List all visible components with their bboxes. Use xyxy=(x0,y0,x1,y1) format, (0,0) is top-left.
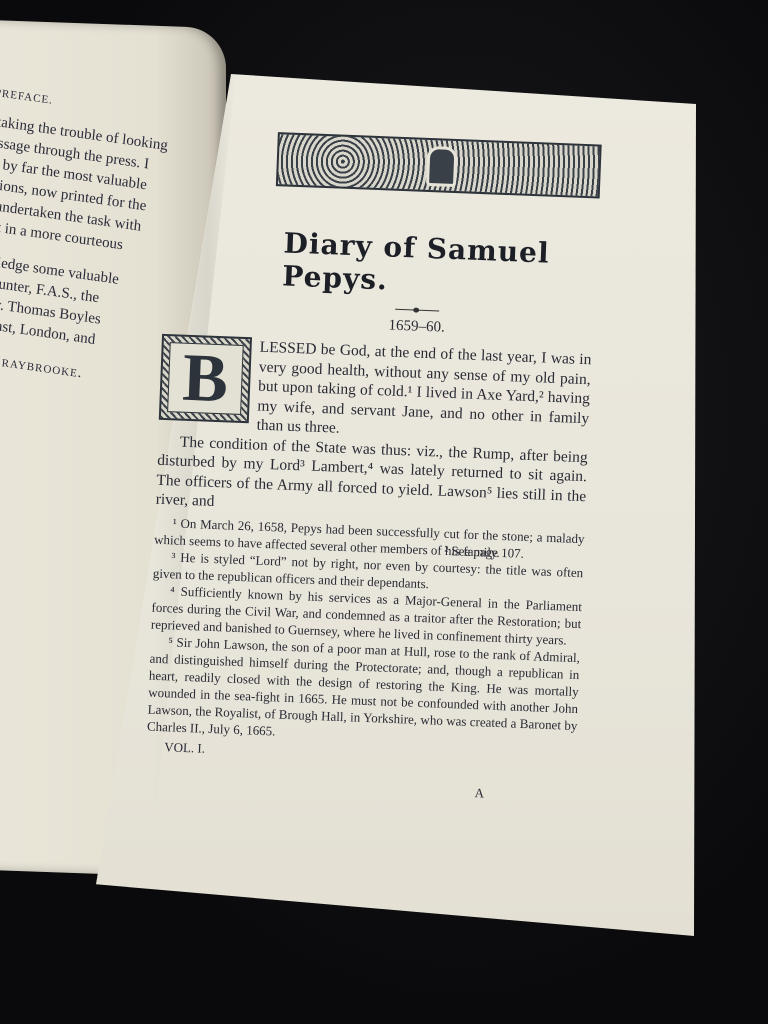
footnote-5: ⁵ Sir John Lawson, the son of a poor man… xyxy=(147,632,581,750)
decorated-initial-icon: B xyxy=(159,334,252,423)
footnotes: ¹ On March 26, 1658, Pepys had been succ… xyxy=(147,513,585,750)
diary-body: B LESSED be God, at the end of the last … xyxy=(155,334,591,526)
page-title: Diary of Samuel Pepys. xyxy=(282,226,596,304)
paragraph-2: The condition of the State was thus: viz… xyxy=(155,431,588,525)
title-divider xyxy=(395,309,439,312)
lyre-icon xyxy=(426,146,458,187)
right-page-content: Diary of Samuel Pepys. 1659–60. B LESSED… xyxy=(145,128,600,805)
drop-cap-letter: B xyxy=(167,342,244,415)
headpiece-ornament-icon xyxy=(276,132,602,198)
year-heading: 1659–60. xyxy=(388,318,593,343)
